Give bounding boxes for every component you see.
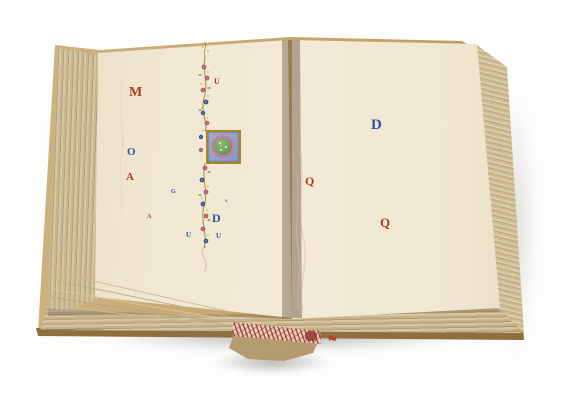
pen-initial-Q: Q (305, 175, 314, 187)
pen-initial-D: D (371, 118, 382, 133)
pen-initial-O: O (127, 147, 136, 158)
pen-initial-v: v (225, 199, 228, 204)
fanned-corner-leaves (48, 274, 231, 324)
foliate-dot (225, 146, 227, 148)
illuminated-initial (206, 130, 241, 164)
pen-initial-G: G (171, 189, 176, 195)
pen-initial-D: D (212, 212, 221, 224)
foliate-dot (219, 142, 221, 144)
pen-initial-U: U (216, 233, 221, 240)
pen-initial-A: A (126, 172, 134, 183)
pen-initial-M: M (129, 86, 142, 100)
pen-initial-U: U (214, 78, 220, 86)
pen-initial-Q: Q (380, 216, 390, 229)
foliate-dot (220, 149, 222, 151)
pen-initial-A: A (147, 214, 151, 220)
flap-red-blotch (305, 331, 317, 341)
manuscript-photograph: oms cum opus sco manu pfica tuar vtus in… (0, 0, 570, 407)
illuminated-initial-letter-ring (211, 135, 235, 158)
pen-initial-U: U (186, 232, 191, 239)
manuscript-column-right-1: oms sicut nr est sco ipe vola nomen nome… (300, 68, 371, 250)
